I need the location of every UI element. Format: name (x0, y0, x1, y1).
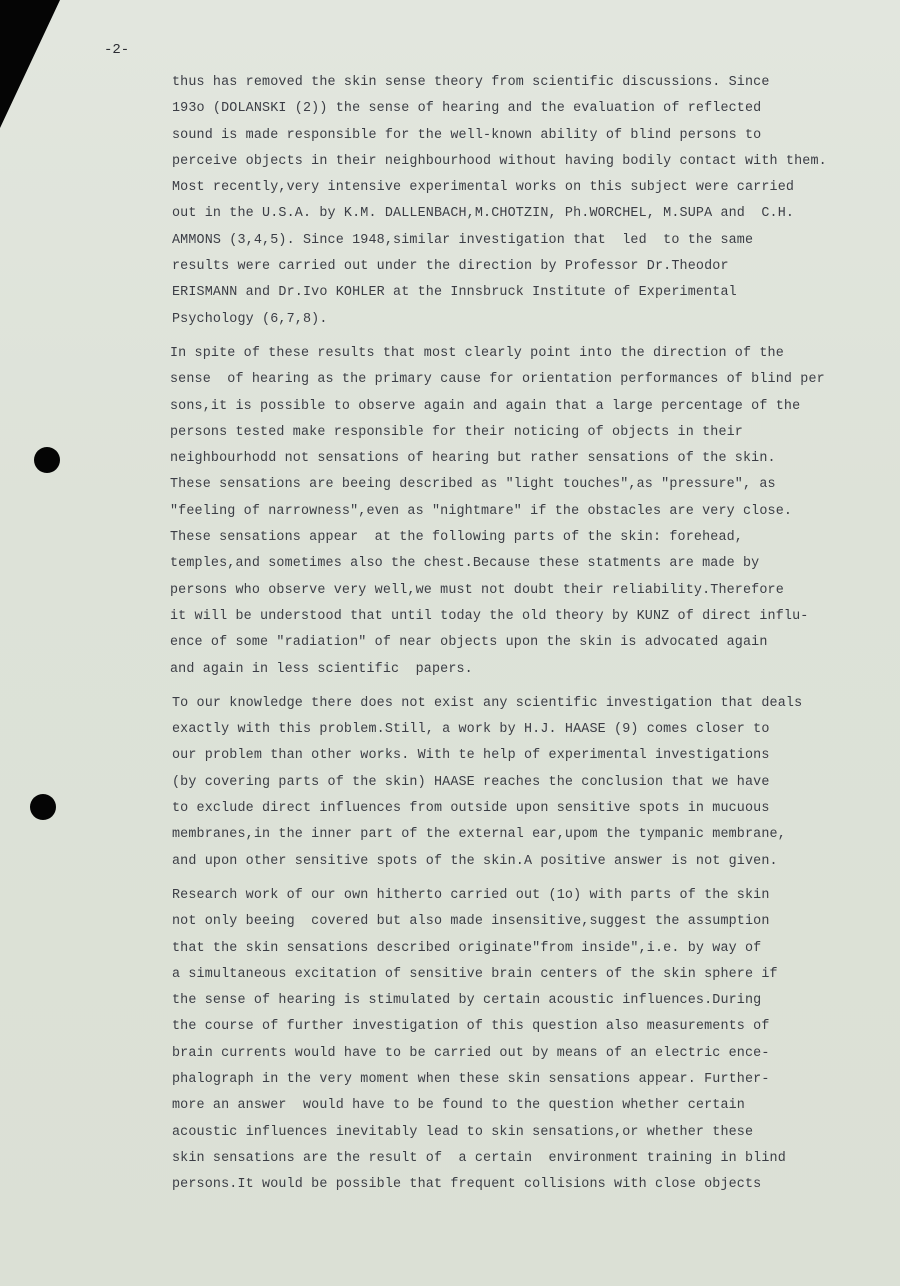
text-line: not only beeing covered but also made in… (172, 909, 892, 935)
text-line: In spite of these results that most clea… (170, 341, 890, 367)
punch-hole (34, 447, 60, 473)
text-line: Most recently,very intensive experimenta… (172, 175, 892, 201)
text-line: exactly with this problem.Still, a work … (172, 717, 892, 743)
text-line: thus has removed the skin sense theory f… (172, 70, 892, 96)
text-line: the course of further investigation of t… (172, 1014, 892, 1040)
text-line: brain currents would have to be carried … (172, 1041, 892, 1067)
text-line: to exclude direct influences from outsid… (172, 796, 892, 822)
text-line: sons,it is possible to observe again and… (170, 394, 890, 420)
text-line: ERISMANN and Dr.Ivo KOHLER at the Innsbr… (172, 280, 892, 306)
paragraph: Research work of our own hitherto carrie… (172, 883, 892, 1199)
text-line: membranes,in the inner part of the exter… (172, 822, 892, 848)
text-line: out in the U.S.A. by K.M. DALLENBACH,M.C… (172, 201, 892, 227)
document-body: thus has removed the skin sense theory f… (172, 70, 892, 1206)
text-line: the sense of hearing is stimulated by ce… (172, 988, 892, 1014)
text-line: AMMONS (3,4,5). Since 1948,similar inves… (172, 228, 892, 254)
text-line: phalograph in the very moment when these… (172, 1067, 892, 1093)
text-line: "feeling of narrowness",even as "nightma… (170, 499, 890, 525)
text-line: These sensations are beeing described as… (170, 472, 890, 498)
text-line: Research work of our own hitherto carrie… (172, 883, 892, 909)
scan-background-corner (0, 0, 60, 128)
text-line: skin sensations are the result of a cert… (172, 1146, 892, 1172)
paragraph: In spite of these results that most clea… (172, 341, 892, 683)
text-line: To our knowledge there does not exist an… (172, 691, 892, 717)
text-line: acoustic influences inevitably lead to s… (172, 1120, 892, 1146)
text-line: sound is made responsible for the well-k… (172, 123, 892, 149)
text-line: more an answer would have to be found to… (172, 1093, 892, 1119)
text-line: that the skin sensations described origi… (172, 936, 892, 962)
paragraph: To our knowledge there does not exist an… (172, 691, 892, 875)
punch-hole (30, 794, 56, 820)
text-line: persons.It would be possible that freque… (172, 1172, 892, 1198)
text-line: sense of hearing as the primary cause fo… (170, 367, 890, 393)
text-line: it will be understood that until today t… (170, 604, 890, 630)
page-number: -2- (104, 42, 129, 58)
text-line: perceive objects in their neighbourhood … (172, 149, 892, 175)
text-line: neighbourhodd not sensations of hearing … (170, 446, 890, 472)
text-line: 193o (DOLANSKI (2)) the sense of hearing… (172, 96, 892, 122)
text-line: our problem than other works. With te he… (172, 743, 892, 769)
text-line: (by covering parts of the skin) HAASE re… (172, 770, 892, 796)
text-line: persons tested make responsible for thei… (170, 420, 890, 446)
text-line: temples,and sometimes also the chest.Bec… (170, 551, 890, 577)
text-line: persons who observe very well,we must no… (170, 578, 890, 604)
text-line: Psychology (6,7,8). (172, 307, 892, 333)
text-line: and upon other sensitive spots of the sk… (172, 849, 892, 875)
text-line: results were carried out under the direc… (172, 254, 892, 280)
text-line: and again in less scientific papers. (170, 657, 890, 683)
text-line: These sensations appear at the following… (170, 525, 890, 551)
text-line: a simultaneous excitation of sensitive b… (172, 962, 892, 988)
paragraph: thus has removed the skin sense theory f… (172, 70, 892, 333)
text-line: ence of some "radiation" of near objects… (170, 630, 890, 656)
